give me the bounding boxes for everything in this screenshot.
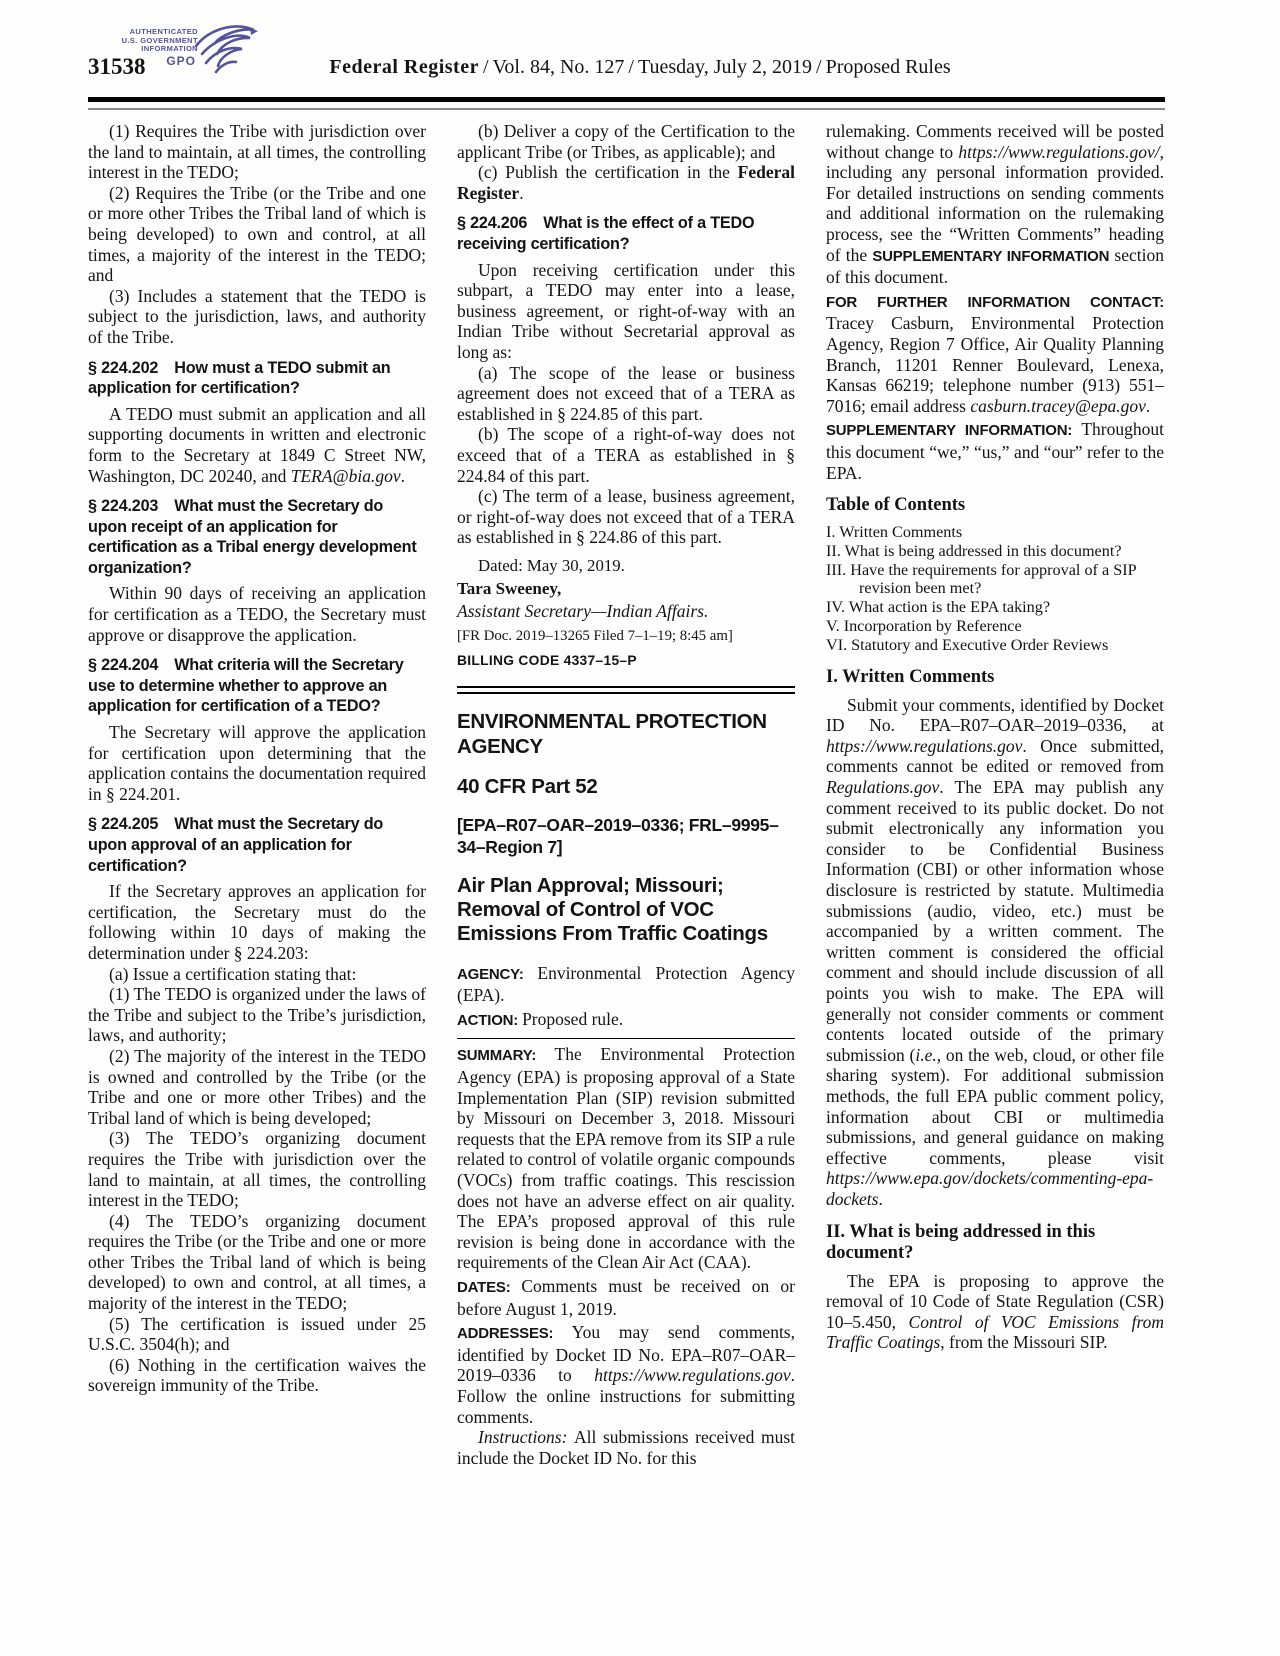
text-run: Upon receiving certification under this … <box>457 260 795 362</box>
text-run: (2) Requires the Tribe (or the Tribe and… <box>88 183 426 285</box>
further-info-paragraph: FOR FURTHER INFORMATION CONTACT: Tracey … <box>826 291 1164 417</box>
action-paragraph: ACTION: Proposed rule. <box>457 1009 795 1032</box>
text-run: (6) Nothing in the certification waives … <box>88 1355 426 1396</box>
column-2: (b) Deliver a copy of the Certification … <box>457 121 795 1468</box>
text-run: . <box>878 1189 882 1209</box>
paragraph: (2) The majority of the interest in the … <box>88 1046 426 1128</box>
text-run: Within 90 days of receiving an applicati… <box>88 583 426 644</box>
federal-register-page: AUTHENTICATED U.S. GOVERNMENT INFORMATIO… <box>0 0 1280 1656</box>
text-run: (c) Publish the certification in the <box>478 162 738 182</box>
text-run: (a) Issue a certification stating that: <box>109 964 356 984</box>
inline-label: ACTION: <box>457 1012 522 1029</box>
text-run: casburn.tracey@epa.gov <box>970 396 1146 416</box>
text-run: (4) The TEDO’s organizing document requi… <box>88 1211 426 1313</box>
section-heading-224-204: § 224.204 What criteria will the Secreta… <box>88 655 426 717</box>
paragraph: (4) The TEDO’s organizing document requi… <box>88 1211 426 1314</box>
summary-paragraph: SUMMARY: The Environmental Protection Ag… <box>457 1044 795 1273</box>
paragraph: A TEDO must submit an application and al… <box>88 404 426 486</box>
toc-item: V. Incorporation by Reference <box>826 617 1164 636</box>
text-run: The Environmental Protection Agency (EPA… <box>457 1044 795 1272</box>
paragraph: (3) Includes a statement that the TEDO i… <box>88 286 426 348</box>
paragraph: (5) The certification is issued under 25… <box>88 1314 426 1355</box>
supplementary-info-paragraph: SUPPLEMENTARY INFORMATION: Throughout th… <box>826 419 1164 483</box>
table-of-contents-heading: Table of Contents <box>826 495 1164 516</box>
paragraph: Submit your comments, identified by Dock… <box>826 695 1164 1210</box>
paragraph: (c) Publish the certification in the Fed… <box>457 162 795 203</box>
section-divider <box>457 686 795 694</box>
text-run: , from the Missouri SIP. <box>940 1332 1107 1352</box>
section-heading-224-206: § 224.206 What is the effect of a TEDO r… <box>457 213 795 254</box>
section-heading-224-205: § 224.205 What must the Secretary do upo… <box>88 814 426 876</box>
instructions-paragraph: Instructions: All submissions received m… <box>457 1427 795 1468</box>
column-3: rulemaking. Comments received will be po… <box>826 121 1164 1468</box>
text-run: . <box>401 466 405 486</box>
dated-line: Dated: May 30, 2019. <box>457 556 795 577</box>
text-run: Dated: May 30, 2019. <box>478 556 625 575</box>
journal-name: Federal Register <box>329 56 479 78</box>
paragraph: (1) Requires the Tribe with jurisdiction… <box>88 121 426 183</box>
header-rule-thin <box>88 108 1165 110</box>
text-run: (5) The certification is issued under 25… <box>88 1314 426 1355</box>
section-ii-heading: II. What is being addressed in this docu… <box>826 1222 1164 1264</box>
journal-issue-info: / Vol. 84, No. 127 / Tuesday, July 2, 20… <box>479 56 951 78</box>
text-run: . <box>519 183 523 203</box>
paragraph: (a) The scope of the lease or business a… <box>457 363 795 425</box>
cfr-part-heading: 40 CFR Part 52 <box>457 775 795 799</box>
divider <box>457 1038 795 1039</box>
text-run: The Secretary will approve the applicati… <box>88 722 426 804</box>
section-i-heading: I. Written Comments <box>826 667 1164 688</box>
text-run: If the Secretary approves an application… <box>88 881 426 963</box>
inline-label: AGENCY: <box>457 966 537 983</box>
paragraph: (6) Nothing in the certification waives … <box>88 1355 426 1396</box>
paragraph: Within 90 days of receiving an applicati… <box>88 583 426 645</box>
paragraph: The Secretary will approve the applicati… <box>88 722 426 804</box>
page-content: (1) Requires the Tribe with jurisdiction… <box>88 121 1165 1468</box>
gpo-text-line: INFORMATION <box>100 45 198 54</box>
paragraph: (b) Deliver a copy of the Certification … <box>457 121 795 162</box>
toc-item: VI. Statutory and Executive Order Review… <box>826 636 1164 655</box>
table-of-contents: I. Written CommentsII. What is being add… <box>826 523 1164 655</box>
text-run: Proposed rule. <box>522 1009 623 1029</box>
paragraph: (1) The TEDO is organized under the laws… <box>88 984 426 1046</box>
paragraph: (a) Issue a certification stating that: <box>88 964 426 985</box>
text-run: Submit your comments, identified by Dock… <box>826 695 1164 736</box>
fr-doc-line: [FR Doc. 2019–13265 Filed 7–1–19; 8:45 a… <box>457 628 795 645</box>
text-run: (1) Requires the Tribe with jurisdiction… <box>88 121 426 182</box>
text-run: (b) Deliver a copy of the Certification … <box>457 121 795 162</box>
paragraph: rulemaking. Comments received will be po… <box>826 121 1164 288</box>
toc-item: IV. What action is the EPA taking? <box>826 598 1164 617</box>
toc-item: I. Written Comments <box>826 523 1164 542</box>
paragraph: (2) Requires the Tribe (or the Tribe and… <box>88 183 426 286</box>
inline-label: SUPPLEMENTARY INFORMATION: <box>826 422 1081 439</box>
inline-label: SUMMARY: <box>457 1047 555 1064</box>
document-title: Air Plan Approval; Missouri; Removal of … <box>457 874 795 947</box>
text-run: . The EPA may publish any comment receiv… <box>826 777 1164 1065</box>
text-run: https://www.regulations.gov <box>594 1365 790 1385</box>
text-run: (c) The term of a lease, business agreem… <box>457 486 795 547</box>
header-rule-thick <box>88 97 1165 102</box>
billing-code: BILLING CODE 4337–15–P <box>457 653 795 668</box>
inline-label: ADDRESSES: <box>457 1325 572 1342</box>
text-run: Instructions: <box>478 1427 574 1447</box>
column-1: (1) Requires the Tribe with jurisdiction… <box>88 121 426 1468</box>
inline-label: SUPPLEMENTARY INFORMATION <box>872 248 1109 265</box>
toc-item: III. Have the requirements for approval … <box>826 561 1164 599</box>
agency-name-heading: ENVIRONMENTAL PROTECTION AGENCY <box>457 710 795 758</box>
paragraph: If the Secretary approves an application… <box>88 881 426 963</box>
section-heading-224-202: § 224.202 How must a TEDO submit an appl… <box>88 358 426 399</box>
text-run: TERA@bia.gov <box>291 466 401 486</box>
text-run: (2) The majority of the interest in the … <box>88 1046 426 1128</box>
inline-label: DATES: <box>457 1279 521 1296</box>
paragraph: (c) The term of a lease, business agreem… <box>457 486 795 548</box>
paragraph: The EPA is proposing to approve the remo… <box>826 1271 1164 1353</box>
addresses-paragraph: ADDRESSES: You may send comments, identi… <box>457 1322 795 1427</box>
text-run: (a) The scope of the lease or business a… <box>457 363 795 424</box>
text-run: . <box>1146 396 1150 416</box>
inline-label: FOR FURTHER INFORMATION CONTACT: <box>826 294 1164 311</box>
text-run: https://www.epa.gov/dockets/commenting-e… <box>826 1168 1153 1209</box>
paragraph: (3) The TEDO’s organizing document requi… <box>88 1128 426 1210</box>
signatory-title: Assistant Secretary—Indian Affairs. <box>457 601 795 622</box>
agency-paragraph: AGENCY: Environmental Protection Agency … <box>457 963 795 1006</box>
dates-paragraph: DATES: Comments must be received on or b… <box>457 1276 795 1319</box>
text-run: https://www.regulations.gov/ <box>958 142 1159 162</box>
text-run: (3) Includes a statement that the TEDO i… <box>88 286 426 347</box>
text-run: https://www.regulations.gov <box>826 736 1022 756</box>
docket-heading: [EPA–R07–OAR–2019–0336; FRL–9995–34–Regi… <box>457 815 795 858</box>
page-header-title: Federal Register / Vol. 84, No. 127 / Tu… <box>0 56 1280 79</box>
toc-item: II. What is being addressed in this docu… <box>826 542 1164 561</box>
text-run: (3) The TEDO’s organizing document requi… <box>88 1128 426 1210</box>
paragraph: Upon receiving certification under this … <box>457 260 795 363</box>
text-run: (b) The scope of a right-of-way does not… <box>457 424 795 485</box>
section-heading-224-203: § 224.203 What must the Secretary do upo… <box>88 496 426 578</box>
paragraph: (b) The scope of a right-of-way does not… <box>457 424 795 486</box>
text-run: Regulations.gov <box>826 777 939 797</box>
signatory-name: Tara Sweeney, <box>457 579 795 599</box>
text-run: (1) The TEDO is organized under the laws… <box>88 984 426 1045</box>
text-run: i.e. <box>915 1045 936 1065</box>
